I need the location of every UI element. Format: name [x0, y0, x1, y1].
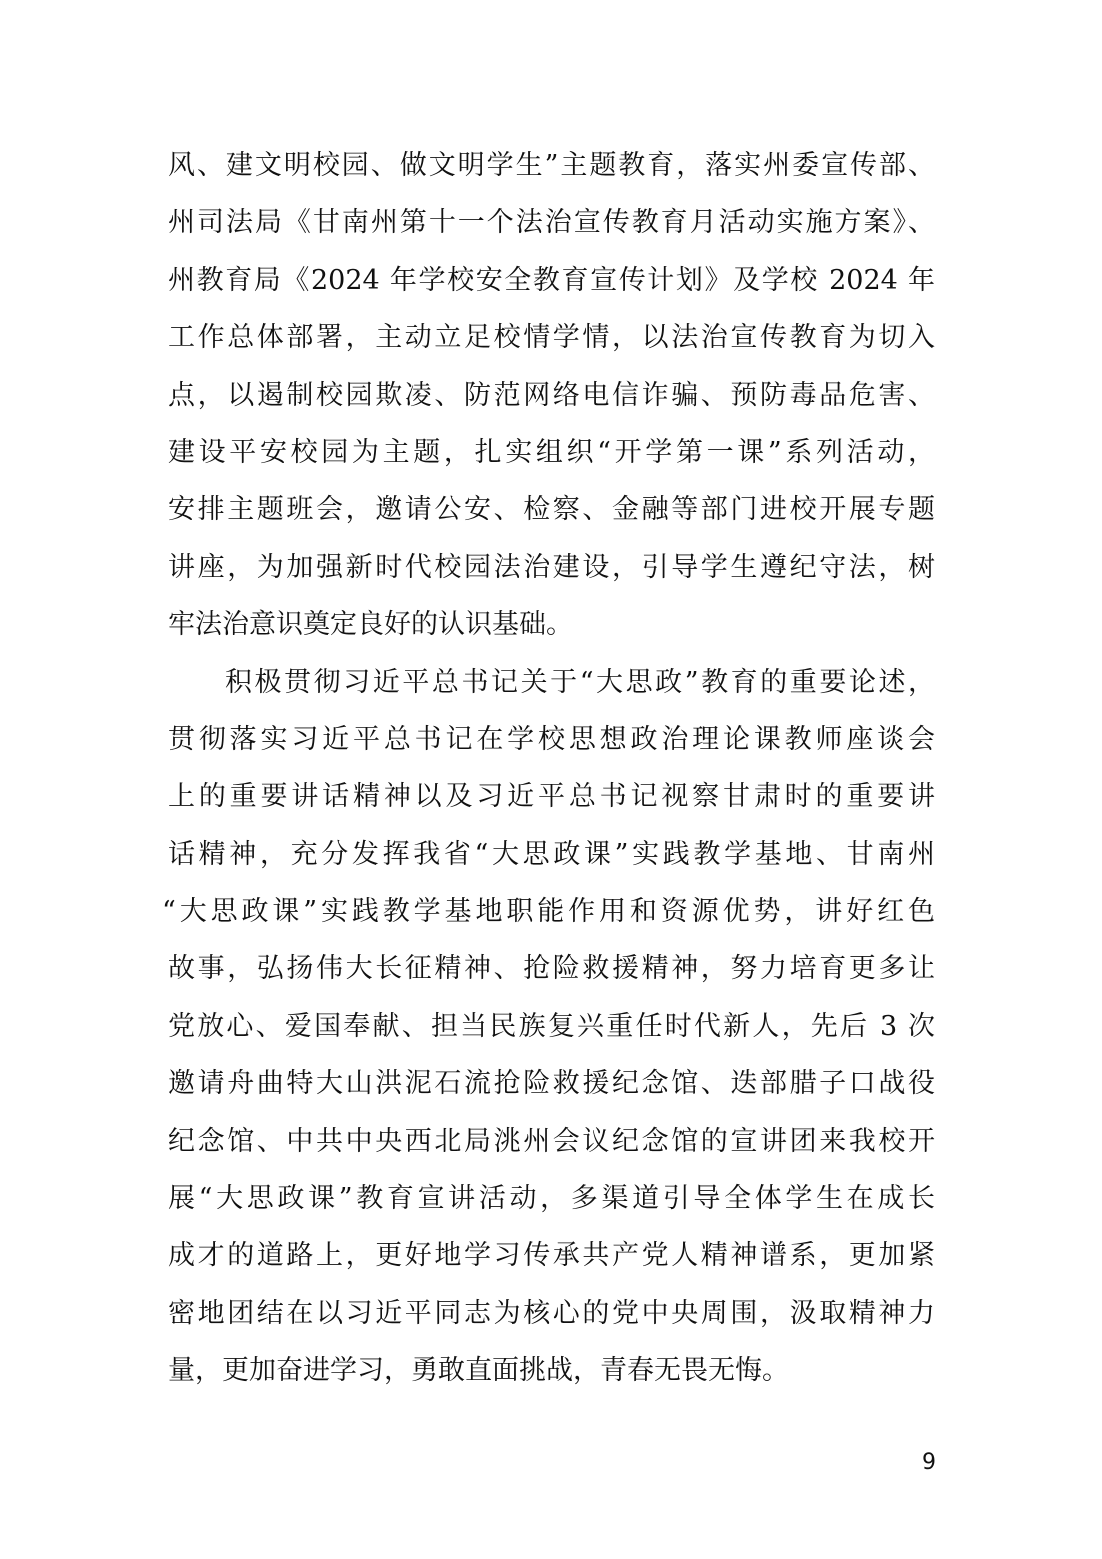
text-line: 成才的道路上，更好地学习传承共产党人精神谱系，更加紧	[168, 1227, 935, 1284]
text-line: 州教育局《2024 年学校安全教育宣传计划》及学校 2024 年	[168, 252, 935, 309]
text-line: 故事，弘扬伟大长征精神、抢险救援精神，努力培育更多让	[168, 940, 935, 997]
text-line: 邀请舟曲特大山洪泥石流抢险救援纪念馆、迭部腊子口战役	[168, 1055, 935, 1112]
text-line: 州司法局《甘南州第十一个法治宣传教育月活动实施方案》、	[168, 194, 935, 251]
text-line: 纪念馆、中共中央西北局洮州会议纪念馆的宣讲团来我校开	[168, 1113, 935, 1170]
text-line: 安排主题班会，邀请公安、检察、金融等部门进校开展专题	[168, 481, 935, 538]
text-line: 讲座，为加强新时代校园法治建设，引导学生遵纪守法，树	[168, 539, 935, 596]
text-line: 党放心、爱国奉献、担当民族复兴重任时代新人，先后 3 次	[168, 998, 935, 1055]
document-body: 风、建文明校园、做文明学生”主题教育，落实州委宣传部、 州司法局《甘南州第十一个…	[168, 137, 935, 1400]
text-line: 上的重要讲话精神以及习近平总书记视察甘肃时的重要讲	[168, 768, 935, 825]
text-line: “大思政课”实践教学基地职能作用和资源优势，讲好红色	[162, 883, 935, 940]
text-line: 话精神，充分发挥我省“大思政课”实践教学基地、甘南州	[168, 826, 935, 883]
page-number: 9	[914, 1450, 944, 1475]
paragraph-1: 风、建文明校园、做文明学生”主题教育，落实州委宣传部、 州司法局《甘南州第十一个…	[168, 137, 935, 654]
text-line: 贯彻落实习近平总书记在学校思想政治理论课教师座谈会	[168, 711, 935, 768]
text-line: 点，以遏制校园欺凌、防范网络电信诈骗、预防毒品危害、	[168, 367, 935, 424]
text-line: 工作总体部署，主动立足校情学情，以法治宣传教育为切入	[168, 309, 935, 366]
text-line: 风、建文明校园、做文明学生”主题教育，落实州委宣传部、	[168, 137, 935, 194]
text-line: 量，更加奋进学习，勇敢直面挑战，青春无畏无悔。	[168, 1342, 935, 1399]
paragraph-2: 积极贯彻习近平总书记关于“大思政”教育的重要论述， 贯彻落实习近平总书记在学校思…	[168, 654, 935, 1400]
document-page: 风、建文明校园、做文明学生”主题教育，落实州委宣传部、 州司法局《甘南州第十一个…	[0, 0, 1102, 1559]
text-line: 牢法治意识奠定良好的认识基础。	[168, 596, 935, 653]
text-line: 密地团结在以习近平同志为核心的党中央周围，汲取精神力	[168, 1285, 935, 1342]
text-line: 积极贯彻习近平总书记关于“大思政”教育的重要论述，	[168, 654, 935, 711]
text-line: 建设平安校园为主题，扎实组织“开学第一课”系列活动，	[168, 424, 935, 481]
text-line: 展“大思政课”教育宣讲活动，多渠道引导全体学生在成长	[168, 1170, 935, 1227]
